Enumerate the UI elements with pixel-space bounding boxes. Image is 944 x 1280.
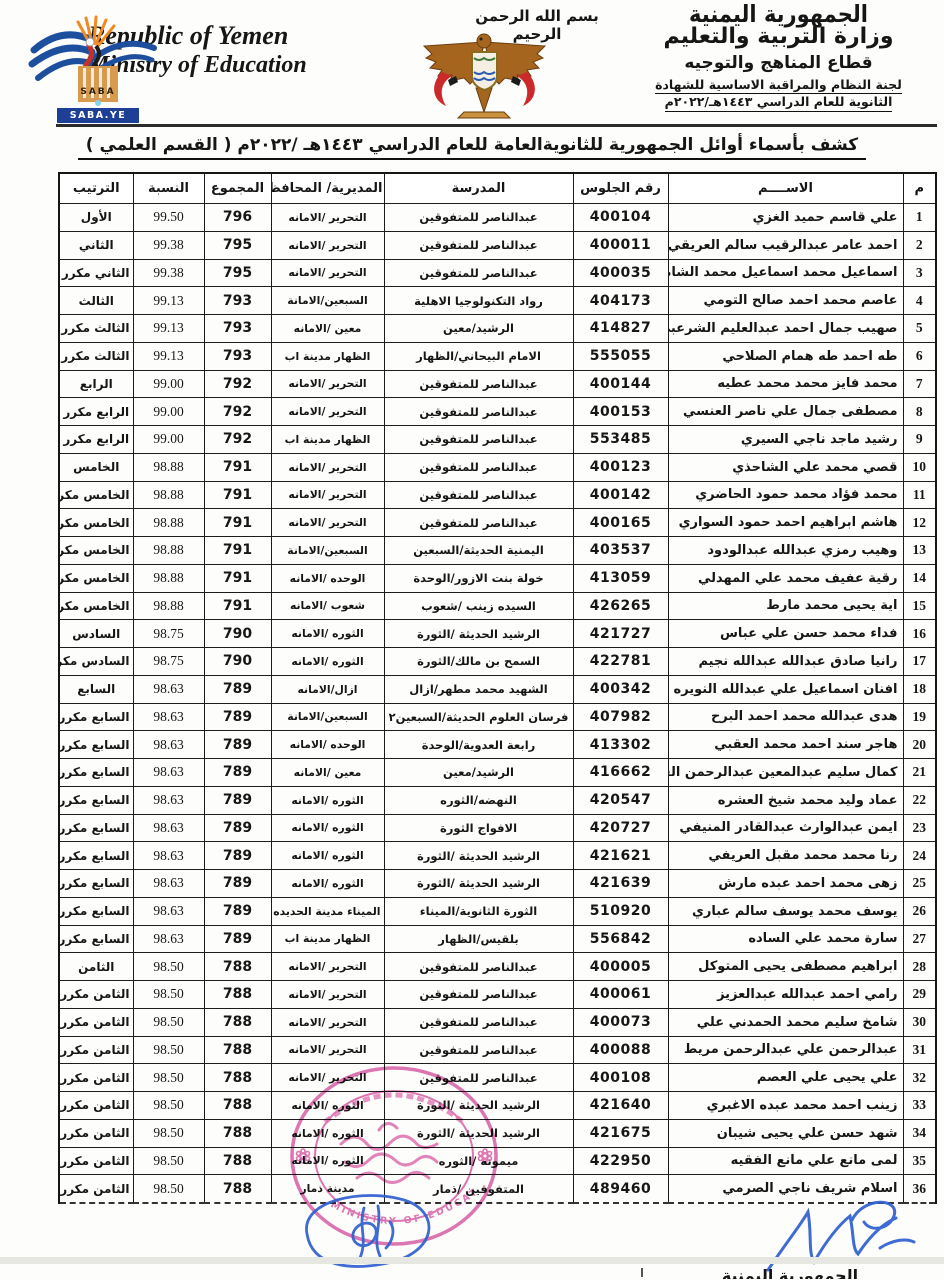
cell-total: 789 <box>204 731 271 759</box>
cell-num: 26 <box>903 897 936 925</box>
table-row: 16فداء محمد حسن علي عباس421727الرشيد الح… <box>59 620 936 648</box>
cell-school: الامام البيحاني/الظهار <box>384 342 573 370</box>
table-row: 30شامخ سليم محمد الحمدني علي400073عبدالن… <box>59 1008 936 1036</box>
cell-total: 788 <box>204 1119 271 1147</box>
cell-seat: 400165 <box>573 509 668 537</box>
cell-district: التحرير /الامانه <box>271 370 384 398</box>
cell-seat: 422781 <box>573 648 668 676</box>
cell-total: 788 <box>204 1175 271 1203</box>
cell-school: عبدالناصر للمتفوقين <box>384 370 573 398</box>
cell-pct: 98.63 <box>133 925 204 953</box>
cell-seat: 422950 <box>573 1147 668 1175</box>
table-row: 23ايمن عبدالوارث عبدالقادر المنيفي420727… <box>59 814 936 842</box>
cell-total: 789 <box>204 925 271 953</box>
cell-seat: 400011 <box>573 231 668 259</box>
arabic-country-title: الجمهورية اليمنية <box>621 1 936 28</box>
table-row: 13وهيب رمزي عبدالله عبدالودود403537اليمن… <box>59 537 936 565</box>
cell-seat: 510920 <box>573 897 668 925</box>
cell-seat: 400088 <box>573 1036 668 1064</box>
yemen-eagle-emblem-icon <box>412 28 557 124</box>
cell-rank: الخامس مكرر <box>59 592 133 620</box>
table-row: 14رقية عفيف محمد علي المهدلي413059خولة ب… <box>59 564 936 592</box>
cell-seat: 403537 <box>573 537 668 565</box>
cell-district: السبعين/الامانة <box>271 287 384 315</box>
cell-pct: 98.63 <box>133 842 204 870</box>
cell-school: الافواج الثورة <box>384 814 573 842</box>
table-row: 3اسماعيل محمد اسماعيل محمد الشامي400035ع… <box>59 259 936 287</box>
cell-num: 29 <box>903 981 936 1009</box>
cell-total: 791 <box>204 537 271 565</box>
cell-seat: 416662 <box>573 759 668 787</box>
cell-pct: 98.50 <box>133 1119 204 1147</box>
cell-district: الميناء مدينة الحديده <box>271 897 384 925</box>
cell-total: 788 <box>204 1092 271 1120</box>
cell-rank: السابع مكرر <box>59 870 133 898</box>
cell-num: 9 <box>903 426 936 454</box>
cell-seat: 420727 <box>573 814 668 842</box>
cell-num: 18 <box>903 675 936 703</box>
cell-total: 789 <box>204 870 271 898</box>
cell-seat: 414827 <box>573 315 668 343</box>
cell-rank: الخامس مكرر <box>59 481 133 509</box>
cell-num: 16 <box>903 620 936 648</box>
cell-rank: السابع مكرر <box>59 786 133 814</box>
cell-name: يوسف محمد يوسف سالم عباري <box>668 897 903 925</box>
cell-pct: 98.88 <box>133 537 204 565</box>
cell-num: 10 <box>903 453 936 481</box>
col-header-school: المدرسة <box>384 173 573 204</box>
table-row: 2احمد عامر عبدالرقيب سالم العريقي400011ع… <box>59 231 936 259</box>
cell-num: 15 <box>903 592 936 620</box>
cell-num: 20 <box>903 731 936 759</box>
cell-total: 788 <box>204 981 271 1009</box>
cell-school: عبدالناصر للمتفوقين <box>384 1008 573 1036</box>
saba-logo-text: SABA <box>80 87 115 97</box>
arabic-header: الجمهورية اليمنية وزارة التربية والتعليم… <box>621 2 936 112</box>
cell-total: 789 <box>204 814 271 842</box>
cell-district: التحرير /الامانه <box>271 453 384 481</box>
cell-pct: 99.38 <box>133 259 204 287</box>
cell-district: السبعين/الامانة <box>271 537 384 565</box>
cell-school: عبدالناصر للمتفوقين <box>384 204 573 232</box>
cell-district: ازال/الامانه <box>271 675 384 703</box>
cell-seat: 413302 <box>573 731 668 759</box>
cell-rank: الثاني <box>59 231 133 259</box>
cell-pct: 98.75 <box>133 648 204 676</box>
cell-rank: الثالث مكرر <box>59 315 133 343</box>
cell-name: عبدالرحمن علي عبدالرحمن مريط <box>668 1036 903 1064</box>
cell-pct: 99.50 <box>133 204 204 232</box>
table-row: 29رامي احمد عبدالله عبدالعزيز400061عبدال… <box>59 981 936 1009</box>
cell-district: الثوره /الامانه <box>271 648 384 676</box>
cell-seat: 400123 <box>573 453 668 481</box>
cell-name: ايمن عبدالوارث عبدالقادر المنيفي <box>668 814 903 842</box>
cell-total: 791 <box>204 592 271 620</box>
cell-seat: 555055 <box>573 342 668 370</box>
cell-district: معين /الامانه <box>271 315 384 343</box>
cell-rank: الثاني مكرر <box>59 259 133 287</box>
cell-seat: 400108 <box>573 1064 668 1092</box>
cell-total: 791 <box>204 481 271 509</box>
cell-name: رانيا صادق عبدالله عبدالله نجيم <box>668 648 903 676</box>
cell-name: رشيد ماجد ناجي السيري <box>668 426 903 454</box>
cell-total: 795 <box>204 231 271 259</box>
cell-district: الظهار مدينة اب <box>271 426 384 454</box>
table-row: 11محمد فؤاد محمد حمود الحاضري400142عبدال… <box>59 481 936 509</box>
cell-total: 793 <box>204 342 271 370</box>
cell-seat: 421640 <box>573 1092 668 1120</box>
cell-pct: 99.38 <box>133 231 204 259</box>
saba-crest-icon <box>78 17 114 46</box>
cell-pct: 98.88 <box>133 564 204 592</box>
cell-name: علي يحيى علي العصم <box>668 1064 903 1092</box>
cell-school: الثورة الثانوية/الميناء <box>384 897 573 925</box>
cell-pct: 98.63 <box>133 675 204 703</box>
cell-total: 788 <box>204 1036 271 1064</box>
cell-name: صهيب جمال احمد عبدالعليم الشرعبي <box>668 315 903 343</box>
cell-pct: 98.50 <box>133 981 204 1009</box>
cell-num: 22 <box>903 786 936 814</box>
cell-rank: السادس مكرر <box>59 648 133 676</box>
col-header-no: م <box>903 173 936 204</box>
cell-seat: 553485 <box>573 426 668 454</box>
cell-seat: 400061 <box>573 981 668 1009</box>
cell-num: 30 <box>903 1008 936 1036</box>
cell-name: رقية عفيف محمد علي المهدلي <box>668 564 903 592</box>
cell-total: 792 <box>204 398 271 426</box>
cell-name: اسماعيل محمد اسماعيل محمد الشامي <box>668 259 903 287</box>
cell-pct: 99.00 <box>133 370 204 398</box>
cell-seat: 421639 <box>573 870 668 898</box>
arabic-sector-title: قطاع المناهج والتوجيه <box>621 54 936 74</box>
cell-seat: 489460 <box>573 1175 668 1203</box>
cell-total: 793 <box>204 287 271 315</box>
cell-pct: 98.63 <box>133 814 204 842</box>
cell-rank: الخامس مكرر <box>59 564 133 592</box>
cell-district: التحرير /الامانه <box>271 398 384 426</box>
cell-pct: 98.63 <box>133 759 204 787</box>
table-row: 8مصطفى جمال علي ناصر العنسي400153عبدالنا… <box>59 398 936 426</box>
table-row: 17رانيا صادق عبدالله عبدالله نجيم422781ا… <box>59 648 936 676</box>
table-row: 10قصي محمد علي الشاحذي400123عبدالناصر لل… <box>59 453 936 481</box>
cell-total: 788 <box>204 1147 271 1175</box>
cell-name: وهيب رمزي عبدالله عبدالودود <box>668 537 903 565</box>
cell-rank: الخامس <box>59 453 133 481</box>
cell-school: فرسان العلوم الحديثة/السبعين٢ <box>384 703 573 731</box>
cell-seat: 556842 <box>573 925 668 953</box>
cell-total: 790 <box>204 648 271 676</box>
table-row: 22عماد وليد محمد شيخ العشره420547النهضه/… <box>59 786 936 814</box>
cell-rank: الثامن <box>59 953 133 981</box>
table-row: 25زهى محمد احمد عبده مارش421639الرشيد ال… <box>59 870 936 898</box>
cell-rank: الثامن مكرر <box>59 1064 133 1092</box>
cell-num: 28 <box>903 953 936 981</box>
cell-num: 23 <box>903 814 936 842</box>
cell-num: 6 <box>903 342 936 370</box>
cell-district: الوحده /الامانه <box>271 564 384 592</box>
cell-total: 789 <box>204 675 271 703</box>
table-row: 18افنان اسماعيل علي عبدالله النويره40034… <box>59 675 936 703</box>
cell-seat: 400153 <box>573 398 668 426</box>
cell-name: زهى محمد احمد عبده مارش <box>668 870 903 898</box>
col-header-rank: الترتيب <box>59 173 133 204</box>
arabic-committee-line1: لجنة النظام والمراقبة الاساسية للشهادة <box>655 78 902 94</box>
cell-pct: 98.50 <box>133 953 204 981</box>
cell-pct: 98.63 <box>133 897 204 925</box>
cell-school: السمح بن مالك/الثورة <box>384 648 573 676</box>
cell-district: الوحده /الامانه <box>271 731 384 759</box>
cell-total: 789 <box>204 786 271 814</box>
cell-rank: الرابع مكرر <box>59 426 133 454</box>
cell-rank: السابع <box>59 675 133 703</box>
cell-school: عبدالناصر للمتفوقين <box>384 453 573 481</box>
table-row: 20هاجر سند احمد محمد العقبي413302رابعة ا… <box>59 731 936 759</box>
cell-district: الثوره /الامانه <box>271 620 384 648</box>
cell-school: خولة بنت الازور/الوحدة <box>384 564 573 592</box>
cell-pct: 98.63 <box>133 870 204 898</box>
scanned-document-page: SABA SABA.YE Republic of Yemen Ministry … <box>0 0 944 1280</box>
cell-total: 796 <box>204 204 271 232</box>
cell-num: 1 <box>903 204 936 232</box>
cell-name: هدى عبدالله محمد احمد البرح <box>668 703 903 731</box>
cell-seat: 400005 <box>573 953 668 981</box>
cell-name: كمال سليم عبدالمعين عبدالرحمن القاضي <box>668 759 903 787</box>
cell-pct: 98.63 <box>133 731 204 759</box>
cell-district: الثوره /الامانه <box>271 786 384 814</box>
cell-num: 2 <box>903 231 936 259</box>
cell-seat: 421727 <box>573 620 668 648</box>
cell-name: هاجر سند احمد محمد العقبي <box>668 731 903 759</box>
cell-district: شعوب /الامانه <box>271 592 384 620</box>
cell-total: 789 <box>204 703 271 731</box>
cell-rank: السابع مكرر <box>59 842 133 870</box>
cell-pct: 99.00 <box>133 426 204 454</box>
cell-name: طه احمد طه همام الصلاحي <box>668 342 903 370</box>
col-header-total: المجموع <box>204 173 271 204</box>
cell-school: عبدالناصر للمتفوقين <box>384 981 573 1009</box>
cell-pct: 99.13 <box>133 287 204 315</box>
cell-school: اليمنية الحديثة/السبعين <box>384 537 573 565</box>
col-header-name: الاســــم <box>668 173 903 204</box>
cell-name: افنان اسماعيل علي عبدالله النويره <box>668 675 903 703</box>
cell-name: هاشم ابراهيم احمد حمود السواري <box>668 509 903 537</box>
cell-total: 792 <box>204 426 271 454</box>
table-row: 5صهيب جمال احمد عبدالعليم الشرعبي414827ا… <box>59 315 936 343</box>
cell-pct: 98.50 <box>133 1175 204 1203</box>
scan-band <box>0 1257 944 1264</box>
cell-name: رامي احمد عبدالله عبدالعزيز <box>668 981 903 1009</box>
cell-total: 791 <box>204 564 271 592</box>
cell-school: عبدالناصر للمتفوقين <box>384 509 573 537</box>
table-row: 1علي قاسم حميد الغزي400104عبدالناصر للمت… <box>59 204 936 232</box>
table-row: 9رشيد ماجد ناجي السيري553485عبدالناصر لل… <box>59 426 936 454</box>
saba-badge-label: SABA.YE <box>70 110 126 121</box>
cell-school: عبدالناصر للمتفوقين <box>384 953 573 981</box>
cell-school: الرشيد الحديثة /الثورة <box>384 842 573 870</box>
cell-total: 789 <box>204 897 271 925</box>
cell-num: 13 <box>903 537 936 565</box>
document-title-row: كشف بأسماء أوائل الجمهورية للثانويةالعام… <box>0 135 944 160</box>
cell-num: 34 <box>903 1119 936 1147</box>
cell-rank: الثامن مكرر <box>59 1036 133 1064</box>
cell-seat: 420547 <box>573 786 668 814</box>
arabic-ministry-title: وزارة التربية والتعليم <box>621 24 936 49</box>
saba-agency-logo: SABA <box>28 10 163 108</box>
table-header: م الاســــم رقم الجلوس المدرسة المديرية/… <box>59 173 936 204</box>
cell-school: رواد التكنولوجيا الاهلية <box>384 287 573 315</box>
cell-name: محمد فؤاد محمد حمود الحاضري <box>668 481 903 509</box>
cell-num: 11 <box>903 481 936 509</box>
cell-rank: الأول <box>59 204 133 232</box>
cell-school: عبدالناصر للمتفوقين <box>384 398 573 426</box>
cell-pct: 98.75 <box>133 620 204 648</box>
saba-building-icon: SABA <box>78 66 118 106</box>
col-header-district: المديرية/ المحافظة <box>271 173 384 204</box>
cell-seat: 407982 <box>573 703 668 731</box>
cell-school: بلقيس/الظهار <box>384 925 573 953</box>
cell-total: 791 <box>204 453 271 481</box>
stamp-calligraphy-icon <box>341 1123 437 1182</box>
cell-pct: 98.50 <box>133 1147 204 1175</box>
cell-rank: السابع مكرر <box>59 897 133 925</box>
cell-rank: السابع مكرر <box>59 731 133 759</box>
cell-rank: الثالث مكرر <box>59 342 133 370</box>
cell-rank: الثامن مكرر <box>59 1008 133 1036</box>
cell-rank: الثامن مكرر <box>59 1119 133 1147</box>
cell-rank: الرابع <box>59 370 133 398</box>
cell-num: 32 <box>903 1064 936 1092</box>
cell-school: الرشيد/معين <box>384 759 573 787</box>
arabic-committee-line2: الثانوية للعام الدراسي ١٤٤٣هـ/٢٠٢٢م <box>665 95 893 111</box>
cell-rank: الثامن مكرر <box>59 1092 133 1120</box>
cell-num: 31 <box>903 1036 936 1064</box>
cell-district: معين /الامانه <box>271 759 384 787</box>
cell-num: 35 <box>903 1147 936 1175</box>
table-row: 21كمال سليم عبدالمعين عبدالرحمن القاضي41… <box>59 759 936 787</box>
cell-num: 4 <box>903 287 936 315</box>
cell-pct: 98.50 <box>133 1036 204 1064</box>
cell-district: التحرير /الامانه <box>271 204 384 232</box>
cell-total: 788 <box>204 953 271 981</box>
cell-pct: 98.50 <box>133 1064 204 1092</box>
cell-total: 788 <box>204 1008 271 1036</box>
cell-district: التحرير /الامانه <box>271 259 384 287</box>
table-body: 1علي قاسم حميد الغزي400104عبدالناصر للمت… <box>59 204 936 1204</box>
cell-rank: السادس <box>59 620 133 648</box>
cell-name: سارة محمد علي الساده <box>668 925 903 953</box>
cell-rank: السابع مكرر <box>59 814 133 842</box>
document-title: كشف بأسماء أوائل الجمهورية للثانويةالعام… <box>78 135 866 160</box>
cell-school: رابعة العدوية/الوحدة <box>384 731 573 759</box>
cell-num: 8 <box>903 398 936 426</box>
cell-seat: 400144 <box>573 370 668 398</box>
table-row: 15اية يحيى محمد مارط426265السيده زينب /ش… <box>59 592 936 620</box>
cell-total: 789 <box>204 842 271 870</box>
cell-total: 792 <box>204 370 271 398</box>
cell-rank: السابع مكرر <box>59 759 133 787</box>
table-row: 24رنا محمد محمد مقبل العريفي421621الرشيد… <box>59 842 936 870</box>
cell-pct: 98.63 <box>133 786 204 814</box>
table-row: 28ابراهيم مصطفى يحيى المتوكل400005عبدالن… <box>59 953 936 981</box>
cell-pct: 98.88 <box>133 509 204 537</box>
cell-name: زينب احمد محمد عبده الاغبري <box>668 1092 903 1120</box>
cell-district: التحرير /الامانه <box>271 981 384 1009</box>
cell-seat: 400142 <box>573 481 668 509</box>
results-table: م الاســــم رقم الجلوس المدرسة المديرية/… <box>58 172 937 1204</box>
cell-num: 5 <box>903 315 936 343</box>
cell-name: احمد عامر عبدالرقيب سالم العريقي <box>668 231 903 259</box>
cell-num: 33 <box>903 1092 936 1120</box>
cell-rank: الخامس مكرر <box>59 537 133 565</box>
cell-pct: 98.50 <box>133 1092 204 1120</box>
cell-seat: 400073 <box>573 1008 668 1036</box>
cell-district: الثوره /الامانه <box>271 842 384 870</box>
cell-seat: 400342 <box>573 675 668 703</box>
cell-total: 795 <box>204 259 271 287</box>
cell-pct: 98.88 <box>133 481 204 509</box>
cell-pct: 99.00 <box>133 398 204 426</box>
table-row: 12هاشم ابراهيم احمد حمود السواري400165عب… <box>59 509 936 537</box>
cell-pct: 99.13 <box>133 315 204 343</box>
cell-num: 3 <box>903 259 936 287</box>
cell-name: عاصم محمد احمد صالح التومي <box>668 287 903 315</box>
cell-num: 24 <box>903 842 936 870</box>
cell-district: التحرير /الامانه <box>271 953 384 981</box>
cell-rank: السابع مكرر <box>59 703 133 731</box>
scan-tick <box>641 1268 643 1277</box>
table-row: 7محمد فايز محمد محمد عطيه400144عبدالناصر… <box>59 370 936 398</box>
cell-school: عبدالناصر للمتفوقين <box>384 481 573 509</box>
cell-total: 790 <box>204 620 271 648</box>
col-header-pct: النسبة <box>133 173 204 204</box>
cell-name: لمى مانع علي مانع الفقيه <box>668 1147 903 1175</box>
cell-school: الرشيد/معين <box>384 315 573 343</box>
cell-school: الرشيد الحديثة /الثورة <box>384 620 573 648</box>
cell-name: قصي محمد علي الشاحذي <box>668 453 903 481</box>
cell-num: 27 <box>903 925 936 953</box>
cell-school: عبدالناصر للمتفوقين <box>384 231 573 259</box>
cell-rank: الثالث <box>59 287 133 315</box>
cell-district: التحرير /الامانه <box>271 509 384 537</box>
cell-district: الثوره /الامانه <box>271 814 384 842</box>
col-header-seat: رقم الجلوس <box>573 173 668 204</box>
saba-badge: SABA.YE <box>57 108 139 123</box>
results-table-wrap: م الاســــم رقم الجلوس المدرسة المديرية/… <box>58 172 937 1204</box>
header-divider <box>56 124 937 127</box>
cell-seat: 400104 <box>573 204 668 232</box>
cell-name: ابراهيم مصطفى يحيى المتوكل <box>668 953 903 981</box>
table-row: 19هدى عبدالله محمد احمد البرح407982فرسان… <box>59 703 936 731</box>
cell-total: 791 <box>204 509 271 537</box>
cell-num: 7 <box>903 370 936 398</box>
cell-seat: 421675 <box>573 1119 668 1147</box>
cell-name: عماد وليد محمد شيخ العشره <box>668 786 903 814</box>
cell-pct: 98.88 <box>133 453 204 481</box>
cell-school: عبدالناصر للمتفوقين <box>384 259 573 287</box>
cell-name: اية يحيى محمد مارط <box>668 592 903 620</box>
cell-seat: 404173 <box>573 287 668 315</box>
cell-rank: السابع مكرر <box>59 925 133 953</box>
cell-pct: 98.88 <box>133 592 204 620</box>
cell-rank: الثامن مكرر <box>59 1147 133 1175</box>
cell-pct: 98.50 <box>133 1008 204 1036</box>
cell-district: الظهار مدينة اب <box>271 342 384 370</box>
cell-name: فداء محمد حسن علي عباس <box>668 620 903 648</box>
table-row: 6طه احمد طه همام الصلاحي555055الامام الب… <box>59 342 936 370</box>
cell-seat: 421621 <box>573 842 668 870</box>
cell-school: الرشيد الحديثة /الثورة <box>384 870 573 898</box>
cell-num: 25 <box>903 870 936 898</box>
